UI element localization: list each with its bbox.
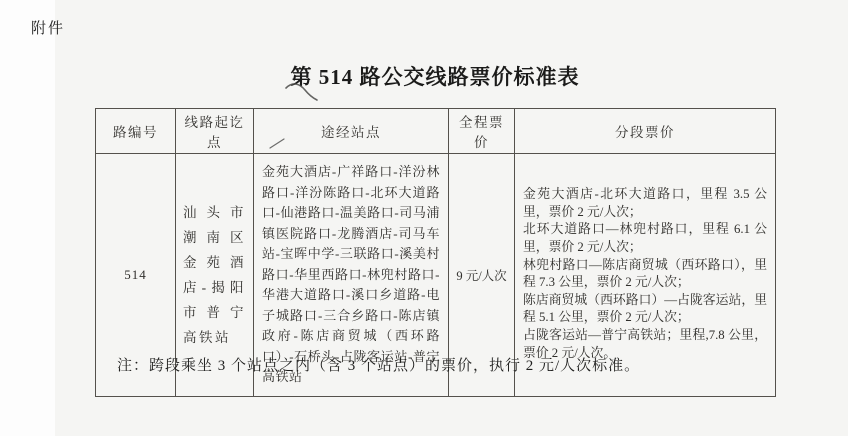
page-title: 第 514 路公交线路票价标准表 [95, 61, 775, 91]
col-header-route-no: 路编号 [96, 109, 176, 154]
segment-fare-item: 北环大道路口—林兜村路口，里程 6.1 公里，票价 2 元/人次； [523, 221, 767, 256]
table-header-row: 路编号 线路起讫点 途经站点 全程票价 分段票价 [96, 109, 776, 154]
col-header-segment-fares: 分段票价 [515, 109, 776, 154]
attachment-label: 附件 [31, 17, 65, 38]
segment-fare-item: 金苑大酒店-北环大道路口，里程 3.5 公里，票价 2 元/人次； [523, 186, 767, 221]
col-header-endpoints: 线路起讫点 [176, 109, 254, 154]
segment-fare-item: 陈店商贸城（西环路口）—占陇客运站，里程 5.1 公里，票价 2 元/人次； [523, 292, 767, 327]
col-header-full-fare: 全程票价 [449, 109, 515, 154]
segment-fare-item: 林兜村路口—陈店商贸城（西环路口），里程 7.3 公里，票价 2 元/人次； [523, 257, 767, 292]
footnote: 注：跨段乘坐 3 个站点之内（含 3 个站点）的票价，执行 2 元/人次标准。 [117, 354, 757, 375]
col-header-stations: 途经站点 [254, 109, 449, 154]
scan-margin [0, 0, 55, 436]
